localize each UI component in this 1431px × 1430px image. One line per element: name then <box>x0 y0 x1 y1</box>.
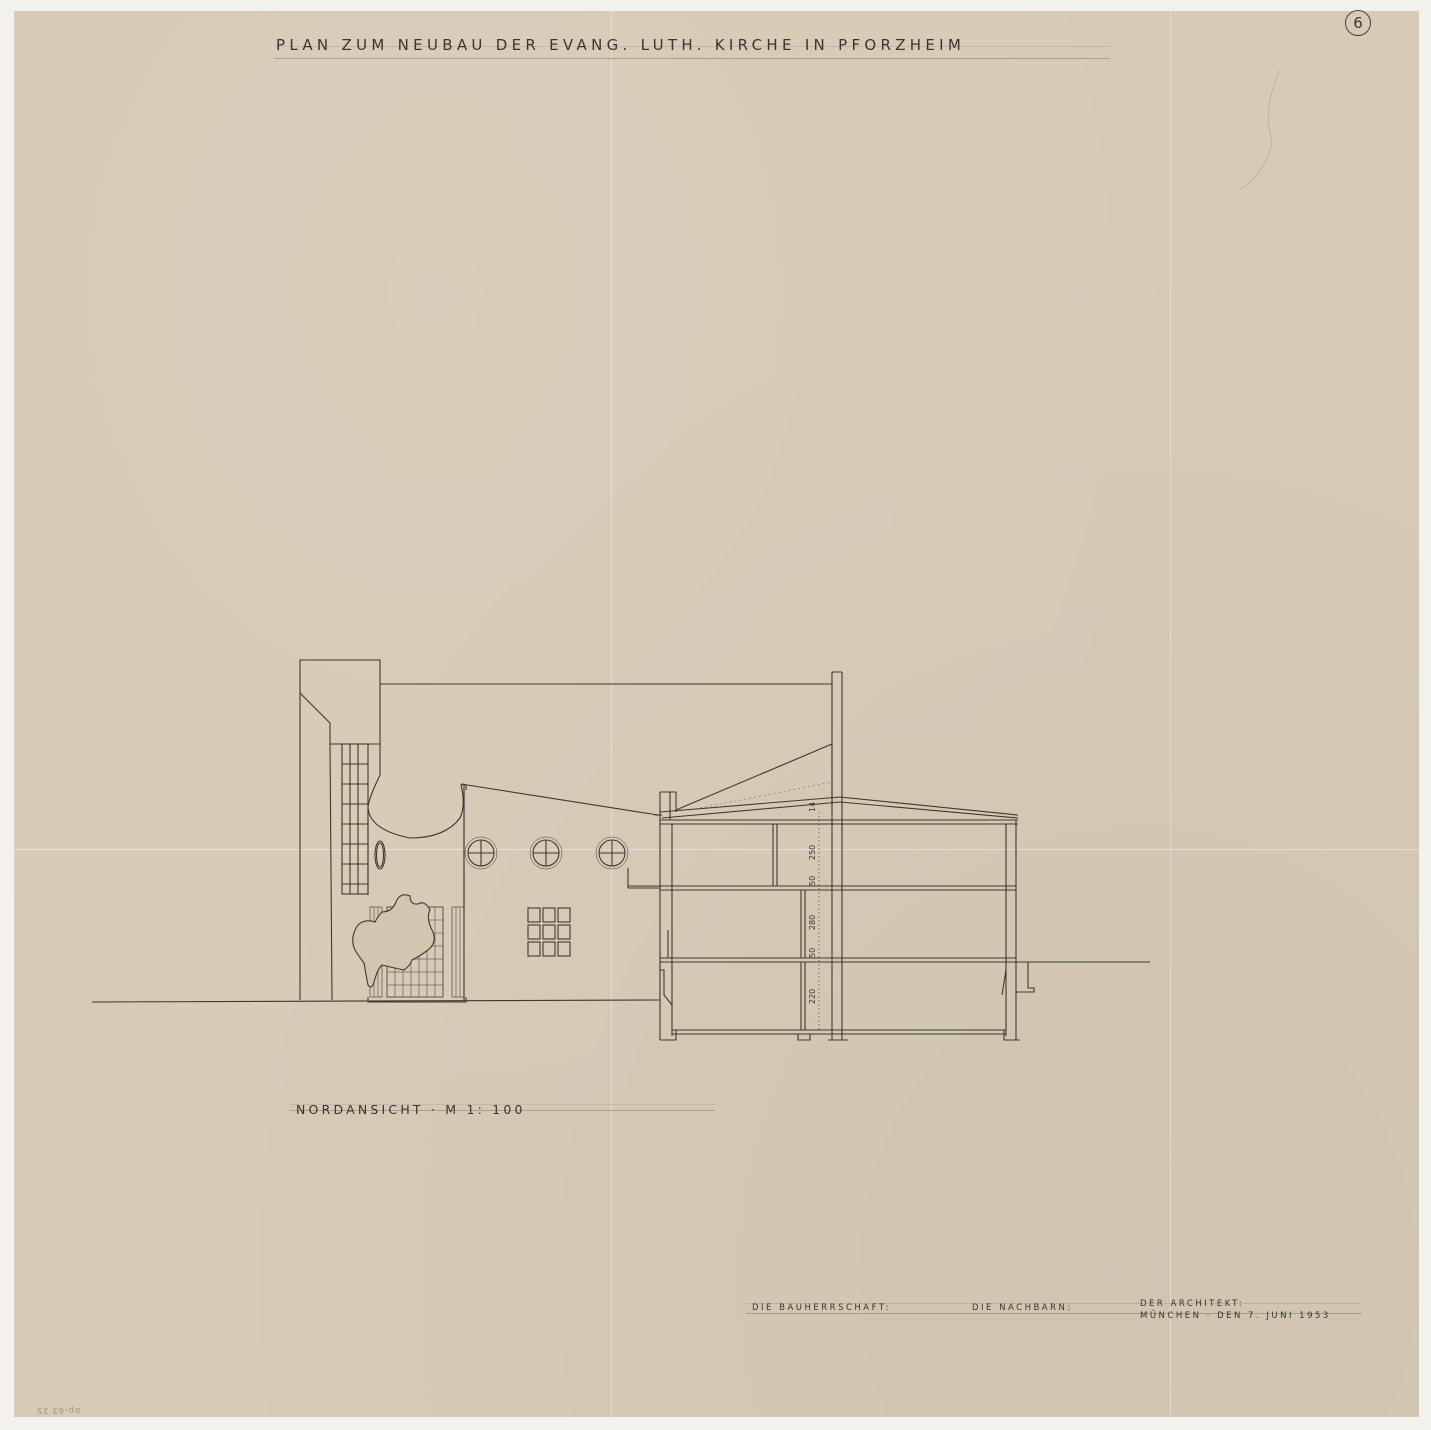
dim-upper-slab: 50 <box>808 876 817 886</box>
neighbors-signature-label: DIE NACHBARN: <box>972 1303 1073 1313</box>
drawing-caption: NORDANSICHT · M 1: 100 <box>296 1102 526 1117</box>
inventory-mark: bp-63 25 <box>36 1406 80 1415</box>
dim-middle-floor: 280 <box>808 915 817 930</box>
dim-roof-slab: 14 <box>808 802 817 812</box>
client-signature-label: DIE BAUHERRSCHAFT: <box>752 1303 891 1313</box>
dim-upper-floor: 250 <box>808 845 817 860</box>
dim-middle-slab: 50 <box>808 948 817 958</box>
north-elevation-drawing: 14 250 50 280 50 220 <box>0 0 1431 1430</box>
place-and-date: MÜNCHEN · DEN 7. JUNI 1953 <box>1140 1311 1331 1321</box>
dim-basement: 220 <box>808 989 817 1004</box>
architect-signature-label: DER ARCHITEKT: <box>1140 1299 1244 1309</box>
